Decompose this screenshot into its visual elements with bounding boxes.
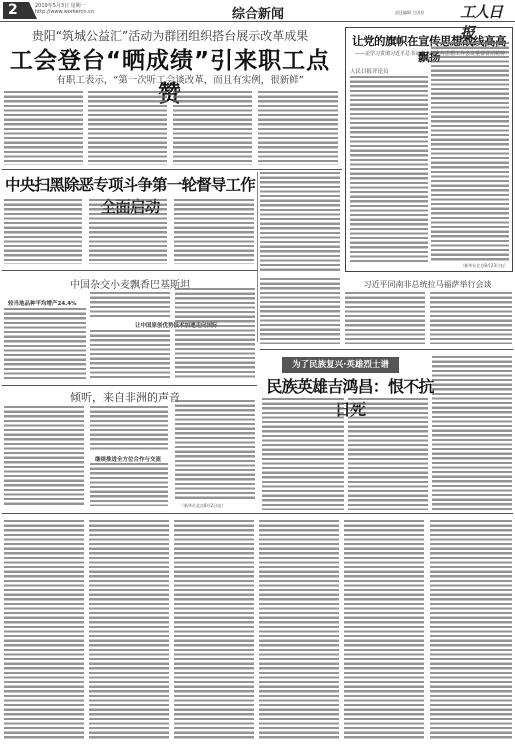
article-headline-talks[interactable]: 习近平同南非总统拉马福萨举行会谈 (340, 279, 515, 290)
bottom-body-col-6 (430, 520, 512, 740)
divider (260, 349, 513, 350)
africa-body-col-1 (4, 406, 84, 506)
wheat-body-col-1 (4, 308, 86, 380)
site-url[interactable]: http://www.workercn.cn (35, 9, 94, 15)
lead-body-col-3 (173, 91, 252, 165)
bottom-body-col-3 (174, 520, 254, 740)
sweep-body-col-4 (260, 172, 340, 272)
wheat-subhead-1: 较当地品种平均增产24.4% (8, 299, 77, 307)
talks-body-col-2 (345, 292, 425, 344)
divider (2, 270, 257, 271)
bottom-body-col-2 (89, 520, 169, 740)
wheat-body-col-3 (175, 288, 255, 380)
masthead: 2 2019年5月3日 星期一 http://www.workercn.cn 综… (0, 0, 515, 22)
commentary-byline: 人民日报评论员 (350, 67, 389, 75)
wheat-body-col-2b (90, 330, 170, 380)
wheat-body-col-2a (90, 292, 170, 317)
page-number: 2 (3, 2, 29, 19)
commentary-box: 让党的旗帜在宣传思想战线高高飘扬 ——论学习贯彻习近平总书记在全国宣传思想工作会… (345, 27, 513, 272)
bottom-body-col-1 (4, 520, 84, 740)
commentary-endnote: （新华社北京8月23日电） (460, 263, 508, 269)
bottom-body-col-4 (259, 520, 339, 740)
sweep-body-col-2 (89, 199, 167, 264)
date-line: 2019年5月3日 星期一 http://www.workercn.cn (35, 3, 94, 15)
lead-body-col-4 (258, 91, 338, 165)
divider (2, 169, 342, 170)
lead-body-col-1 (4, 91, 83, 165)
hero-body-col-1 (262, 398, 344, 510)
divider (2, 385, 257, 386)
africa-subhead: 继续推进全方位合作与交流 (95, 455, 161, 463)
africa-body-col-2b (90, 463, 168, 506)
africa-body-col-3 (175, 400, 255, 500)
column-divider (257, 172, 258, 342)
commentary-body-col-2 (431, 42, 509, 262)
section-title: 综合新闻 (232, 3, 284, 22)
editor-credit: 责任编辑 吕国泉 (395, 10, 424, 16)
africa-body-col-2a (90, 406, 168, 450)
divider (2, 513, 513, 514)
hero-body-col-3 (432, 356, 512, 510)
africa-credit: （新华社北京8月2日电） (180, 503, 225, 509)
sweep-body-col-1 (4, 199, 82, 264)
sweep-body-col-3 (174, 199, 254, 264)
lead-body-col-2 (88, 91, 167, 165)
talks-body-col-3 (430, 292, 512, 344)
bottom-body-col-5 (344, 520, 424, 740)
commentary-body-col-1 (350, 76, 428, 262)
talks-body-col-1 (260, 278, 340, 344)
hero-body-col-2 (348, 398, 428, 510)
series-banner: 为了民族复兴·英雄烈士谱 (282, 357, 399, 373)
lead-subheadline: 有职工表示，“第一次听工会谈改革，而且有实例，很新鲜” (30, 72, 330, 86)
